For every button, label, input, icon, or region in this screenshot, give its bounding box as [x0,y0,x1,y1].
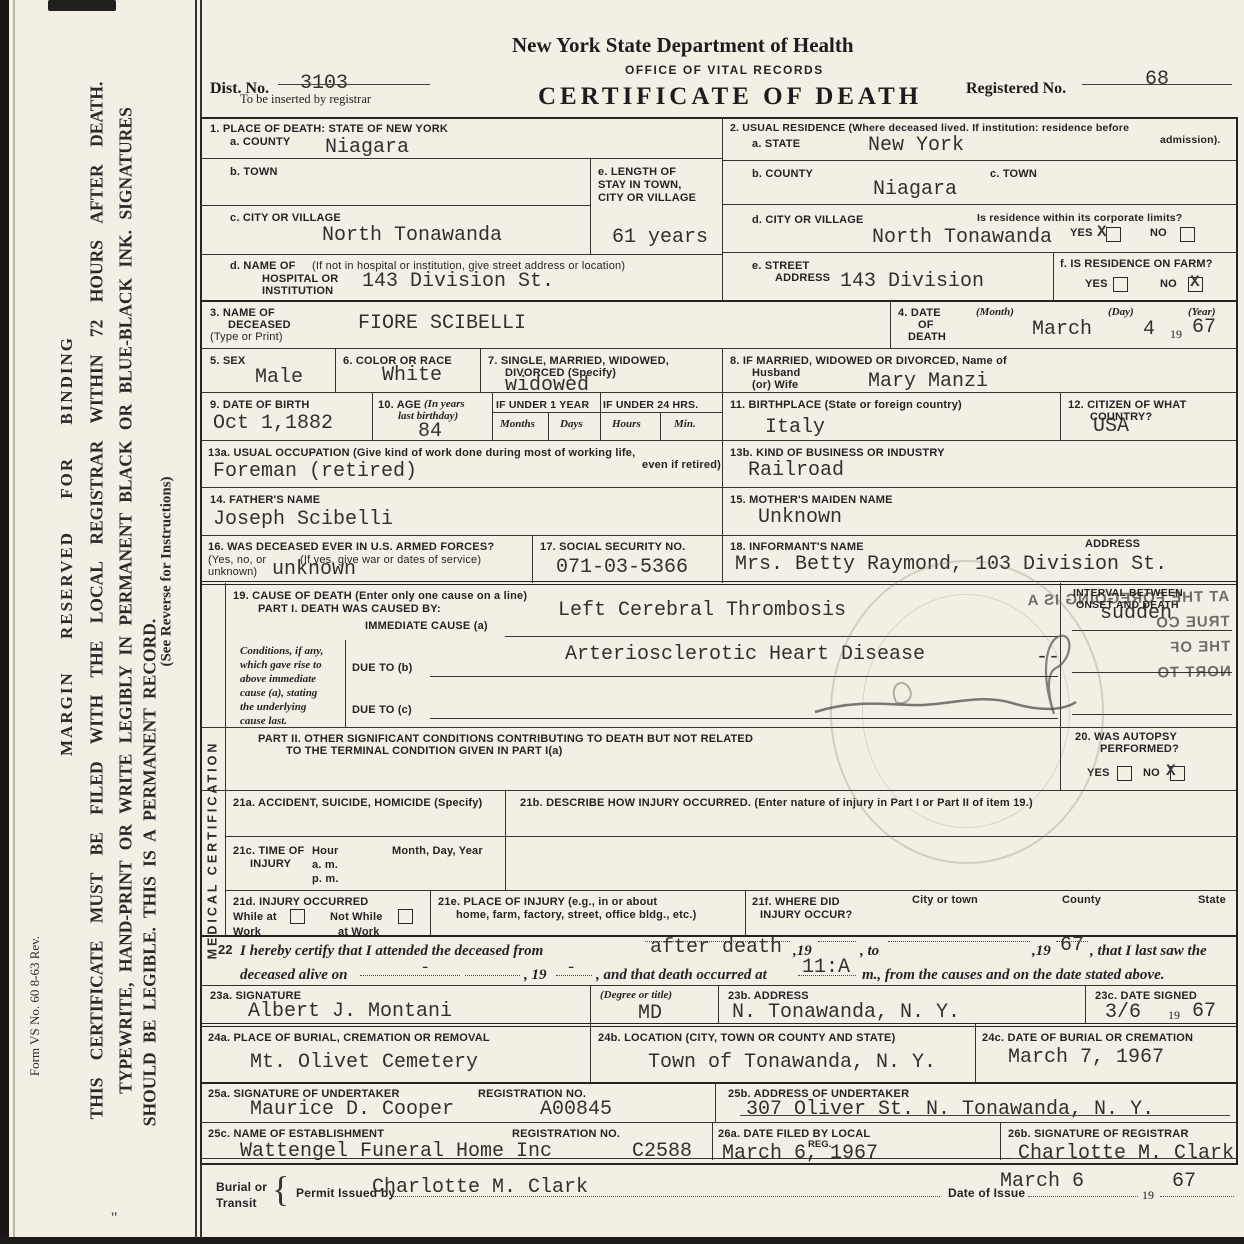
rule [818,941,856,942]
field-4-day-label: (Day) [1108,306,1134,319]
field-19-conditions: above immediate [240,673,316,686]
rule [722,348,723,392]
field-20-no-mark: X [1166,763,1176,779]
field-8-label: (or) Wife [752,379,798,392]
field-19-title: 19. CAUSE OF DEATH (Enter only one cause… [233,590,527,603]
registered-no-label: Registered No. [966,80,1066,98]
rule [712,1122,713,1160]
scan-smudge [48,0,116,11]
rule [200,487,1238,488]
field-26a-label: 26a. DATE FILED BY LOCAL [718,1128,870,1141]
burial-label: Burial or [216,1180,267,1194]
rule [392,1196,940,1197]
registered-no-value: 68 [1145,70,1169,90]
field-10u1-months: Months [500,418,535,431]
field-10u2-hours: Hours [612,418,641,431]
field-21f-label: 21f. WHERE DID [752,896,840,909]
field-2f-no-mark: X [1190,274,1200,290]
field-2c-label: c. TOWN [990,168,1037,181]
rule [225,836,1238,837]
field-23-degree-label: (Degree or title) [600,989,672,1002]
rule [465,975,520,976]
field-22-text: I hereby certify that I attended the dec… [240,942,543,960]
field-19b-label: DUE TO (b) [352,662,412,675]
field-2a-label: a. STATE [752,138,800,151]
margin-line-4: SHOULD BE LEGIBLE. THIS IS A PERMANENT R… [140,619,161,1127]
date-of-issue-year: 67 [1172,1172,1196,1192]
field-22-text: , and that death occurred at [596,966,767,984]
margin-line-1: MARGIN RESERVED FOR BINDING [57,327,77,765]
field-21d-atwork: at Work [338,926,380,939]
field-22-text: m., from the causes and on the date stat… [862,966,1165,984]
field-13a-label: even if retired) [642,459,721,472]
field-2d-label: d. CITY OR VILLAGE [752,214,864,227]
field-19-part2: TO THE TERMINAL CONDITION GIVEN IN PART … [286,745,562,758]
rule [345,640,346,727]
rule [548,412,549,440]
field-19c-label: DUE TO (c) [352,704,412,717]
field-13b-value: Railroad [748,461,844,481]
field-1d-label: INSTITUTION [262,285,333,298]
field-14-value: Joseph Scibelli [213,510,393,530]
field-1d-label: d. NAME OF [230,260,296,273]
rule [1060,392,1061,440]
field-22-dash: - [420,960,430,977]
field-25c-reg-value: C2588 [632,1142,692,1162]
rule [200,1023,1238,1027]
field-22-text: ,19 [1032,942,1051,960]
margin-line-3: TYPEWRITE, HAND-PRINT OR WRITE LEGIBLY I… [116,71,137,1131]
field-22-year-value: 67 [1060,936,1084,956]
field-6-value: White [382,366,442,386]
field-2d-no-checkbox [1180,227,1195,242]
rule [722,252,1238,253]
field-25a-value: Maurice D. Cooper [250,1100,454,1120]
field-4-year-value: 67 [1192,318,1216,338]
rule [200,440,1238,441]
rule [740,1115,1230,1116]
field-10u1-days: Days [560,418,583,431]
rule [1056,941,1088,942]
field-2-title: 2. USUAL RESIDENCE (Where deceased lived… [730,122,1129,135]
rule [200,985,1238,986]
field-4-day-value: 4 [1143,320,1155,340]
field-19a-label: IMMEDIATE CAUSE (a) [365,620,488,633]
rule [430,890,431,935]
field-22-text: , that I last saw the [1090,942,1207,960]
rule [1085,985,1086,1023]
rule [200,254,722,255]
field-19-conditions: Conditions, if any, [240,645,323,658]
field-2d-yes-label: YES [1070,227,1093,240]
field-24a-value: Mt. Olivet Cemetery [250,1053,478,1073]
field-2-title: admission). [1160,134,1221,147]
field-21f-state-label: State [1198,894,1226,907]
field-2a-value: New York [868,136,964,156]
field-23c-year: 67 [1192,1002,1216,1022]
field-21d-whileat-checkbox [290,909,305,924]
rule [890,300,891,348]
field-4-month-value: March [1032,320,1092,340]
field-1e-value: 61 years [612,228,708,248]
field-1-title: 1. PLACE OF DEATH: STATE OF NEW YORK [210,123,448,136]
field-20-no-label: NO [1143,767,1160,780]
field-7-value: widowed [505,376,589,396]
field-19-part1: PART I. DEATH WAS CAUSED BY: [258,603,441,616]
scan-edge-line [13,0,15,1244]
field-19-conditions: the underlying [240,701,306,714]
rule [200,1122,1238,1123]
field-24c-value: March 7, 1967 [1008,1048,1164,1068]
field-16-value: unknown [272,560,356,580]
field-10u2-label: IF UNDER 24 HRS. [603,399,698,412]
rule [715,1082,716,1122]
rule [745,890,746,935]
field-21c-pm: p. m. [312,873,339,886]
field-2f-yes-label: YES [1085,278,1108,291]
rule [200,1082,1238,1084]
date-of-issue-value: March 6 [1000,1172,1084,1192]
rule [492,412,722,413]
field-22-text: , to [860,942,879,960]
field-9-value: Oct 1,1882 [213,414,333,434]
rule [722,117,723,300]
rule [600,392,601,440]
field-2b-label: b. COUNTY [752,168,813,181]
field-23a-value: Albert J. Montani [248,1002,452,1022]
rule [1082,84,1232,85]
rule [278,84,430,85]
field-23b-value: N. Tonawanda, N. Y. [732,1003,960,1023]
burial-label: Transit [216,1196,257,1210]
field-13a-value: Foreman (retired) [213,462,417,482]
field-2f-yes-checkbox [1113,277,1128,292]
field-10u2-min: Min. [674,418,696,431]
rule [1000,1122,1001,1160]
field-21d-whileat: While at [233,911,277,924]
rule [1028,1196,1138,1197]
field-2d-no-label: NO [1150,227,1167,240]
rule [505,790,506,890]
rule [1160,1196,1234,1197]
field-5-value: Male [255,368,303,388]
header-department: New York State Department of Health [512,34,854,57]
field-22-number: 22 [218,942,232,957]
rule [200,348,1238,349]
rule [200,535,1238,536]
rule [1012,1158,1234,1159]
field-21a-label: 21a. ACCIDENT, SUICIDE, HOMICIDE (Specif… [233,797,482,810]
medical-certification-label: MEDICAL CERTIFICATION [206,733,220,968]
rule [200,392,1238,393]
field-4-label: DEATH [908,331,946,344]
field-2b-value: Niagara [873,180,957,200]
field-18-address-label: ADDRESS [1085,538,1140,551]
rule [200,581,1238,585]
field-25c-value: Wattengel Funeral Home Inc [240,1142,552,1162]
field-14-label: 14. FATHER'S NAME [210,494,320,507]
field-4-month-label: (Month) [976,306,1014,319]
field-24b-value: Town of Tonawanda, N. Y. [648,1053,936,1073]
rule [335,348,336,392]
rule [645,941,790,942]
field-1d-value: 143 Division St. [362,272,554,292]
field-21c-hour: Hour [312,845,338,858]
field-16-label: 16. WAS DECEASED EVER IN U.S. ARMED FORC… [208,541,494,554]
field-17-label: 17. SOCIAL SECURITY NO. [540,541,685,554]
rule [200,158,722,159]
field-19-conditions: cause (a), stating [240,687,317,700]
field-26b-value: Charlotte M. Clark [1018,1144,1234,1164]
field-21d-notwhile-checkbox [398,909,413,924]
field-1e-label: CITY OR VILLAGE [598,192,696,205]
dist-no-note: To be inserted by registrar [240,92,371,107]
rule [1053,252,1054,300]
field-11-value: Italy [765,418,825,438]
field-2f-label: f. IS RESIDENCE ON FARM? [1060,258,1213,271]
rule [660,412,661,440]
rule [590,1023,591,1082]
header-title: CERTIFICATE OF DEATH [538,83,922,111]
rule [195,0,197,1238]
rule [492,392,493,440]
field-13a-label: 13a. USUAL OCCUPATION (Give kind of work… [208,447,635,460]
field-16-label: unknown) [208,566,257,579]
field-21f-county-label: County [1062,894,1101,907]
field-26a-value: March 6, 1967 [722,1144,878,1164]
field-3-label: (Type or Print) [210,331,283,344]
date-of-issue-19: 19 [1142,1188,1154,1203]
rule [360,975,460,976]
rule [888,941,1030,942]
field-21c-mdy: Month, Day, Year [392,845,483,858]
field-2e-label: ADDRESS [775,272,830,285]
death-certificate-scan: " Form VS No. 60 8-63 Rev. MARGIN RESERV… [0,0,1244,1244]
burial-brace: { [272,1168,289,1210]
rule [225,890,1238,891]
field-1c-value: North Tonawanda [322,226,502,246]
field-1b-label: b. TOWN [230,166,278,179]
field-21d-label: 21d. INJURY OCCURRED [233,896,368,909]
field-1e-label: STAY IN TOWN, [598,179,681,192]
margin-line-2: THIS CERTIFICATE MUST BE FILED WITH THE … [87,71,108,1131]
field-10u1-label: IF UNDER 1 YEAR [496,399,589,412]
rule [722,392,723,583]
field-21c-label: 21c. TIME OF [233,845,304,858]
field-9-label: 9. DATE OF BIRTH [210,399,310,412]
rule [590,158,591,254]
field-3-value: FIORE SCIBELLI [358,314,526,334]
field-8-value: Mary Manzi [868,372,988,392]
field-2f-no-label: NO [1160,278,1177,291]
scan-mark: " [110,1210,118,1227]
field-4-19: 19 [1170,327,1182,342]
field-24b-label: 24b. LOCATION (CITY, TOWN OR COUNTY AND … [598,1032,895,1045]
field-1a-value: Niagara [325,138,409,158]
rule [798,975,856,976]
form-number: Form VS No. 60 8-63 Rev. [27,901,43,1111]
permit-issued-value: Charlotte M. Clark [372,1178,588,1198]
field-21e-label: 21e. PLACE OF INJURY (e.g., in or about [438,896,657,909]
rule [200,205,590,206]
field-22-dash: - [566,960,576,977]
field-19-conditions: which gave rise to [240,659,322,672]
rule [532,535,533,583]
margin-line-5: (See Reverse for Instructions) [159,438,176,706]
header-office: OFFICE OF VITAL RECORDS [625,63,824,77]
field-5-label: 5. SEX [210,355,245,368]
field-21f-city-label: City or town [912,894,978,907]
rule [722,160,1238,161]
field-24a-label: 24a. PLACE OF BURIAL, CREMATION OR REMOV… [208,1032,490,1045]
field-26b-label: 26b. SIGNATURE OF REGISTRAR [1008,1128,1189,1141]
field-1a-label: a. COUNTY [230,136,290,149]
field-22-text: deceased alive on [240,966,347,984]
scan-edge-left [0,0,9,1244]
field-17-value: 071-03-5366 [556,558,688,578]
field-21d-notwhile: Not While [330,911,383,924]
field-2d-question: Is residence within its corporate limits… [977,212,1182,225]
field-21f-label: INJURY OCCUR? [760,909,852,922]
field-23c-19: 19 [1168,1008,1180,1023]
rule [372,392,373,440]
handwritten-signature-squiggle [800,600,1130,780]
field-25a-reg-value: A00845 [540,1100,612,1120]
rule [975,1023,976,1082]
field-24c-label: 24c. DATE OF BURIAL OR CREMATION [982,1032,1193,1045]
field-21c-am: a. m. [312,859,338,872]
rule [200,300,1238,302]
rule [225,583,226,935]
field-2e-value: 143 Division [840,272,984,292]
field-25b-value: 307 Oliver St. N. Tonawanda, N. Y. [746,1100,1154,1120]
field-23-degree-value: MD [638,1004,662,1024]
field-12-value: USA [1093,417,1129,437]
field-2d-value: North Tonawanda [872,228,1052,248]
field-1e-label: e. LENGTH OF [598,166,676,179]
rule [722,204,1238,205]
field-19-conditions: cause last. [240,715,287,728]
field-22-text: , 19 [524,966,547,984]
field-21e-label: home, farm, factory, street, office bldg… [456,909,696,922]
field-15-value: Unknown [758,508,842,528]
field-11-label: 11. BIRTHPLACE (State or foreign country… [730,399,962,412]
rule [718,985,719,1023]
rule [480,348,481,392]
field-21d-work: Work [233,926,261,939]
field-23c-value: 3/6 [1105,1003,1141,1023]
field-10-value: 84 [418,422,442,442]
scan-edge-bottom [0,1237,1244,1244]
field-21c-label: INJURY [250,858,291,871]
rule [590,985,591,1023]
field-2d-yes-checkbox [1106,227,1121,242]
